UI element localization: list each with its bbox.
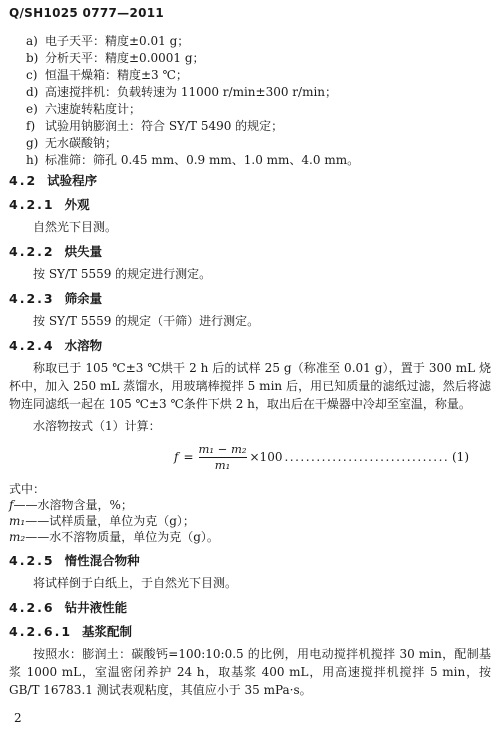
list-item-text: 标准筛：筛孔 0.45 mm、0.9 mm、1.0 mm、4.0 mm。 xyxy=(45,152,491,169)
list-item-text: 分析天平：精度±0.0001 g； xyxy=(45,50,491,67)
formula-symbol: f xyxy=(174,450,178,464)
section-heading-4-2-2: 4.2.2 烘失量 xyxy=(9,244,491,260)
definition-m1: m₁——试样质量，单位为克（g）； xyxy=(9,513,491,529)
list-item-g: g)无水碳酸钠； xyxy=(9,135,491,152)
list-item-h: h)标准筛：筛孔 0.45 mm、0.9 mm、1.0 mm、4.0 mm。 xyxy=(9,152,491,169)
formula-intro: 水溶物按式（1）计算： xyxy=(9,417,491,435)
list-item-text: 无水碳酸钠； xyxy=(45,135,491,152)
where-label: 式中： xyxy=(9,481,491,497)
section-heading-4-2-3: 4.2.3 筛余量 xyxy=(9,291,491,307)
definition-f: f——水溶物含量，%； xyxy=(9,497,491,513)
list-item-label: a) xyxy=(26,33,45,50)
formula-fraction: m₁ − m₂ m₁ xyxy=(199,442,247,473)
list-item-d: d)高速搅拌机：负载转速为 11000 r/min±300 r/min； xyxy=(9,84,491,101)
section-heading-4-2-6-1: 4.2.6.1 基浆配制 xyxy=(9,624,491,640)
section-heading-4-2-5: 4.2.5 惰性混合物种 xyxy=(9,553,491,569)
list-item-label: f) xyxy=(26,118,45,135)
section-number: 4.2.1 xyxy=(9,197,55,213)
section-title: 惰性混合物种 xyxy=(65,553,140,569)
equals-sign: = xyxy=(183,450,193,464)
definition-text: ——水不溶物质量，单位为克（g）。 xyxy=(25,530,219,544)
section-heading-4-2: 4.2 试验程序 xyxy=(9,173,491,189)
list-item-label: h) xyxy=(26,152,45,169)
list-item-label: d) xyxy=(26,84,45,101)
list-item-text: 恒温干燥箱：精度±3 ℃； xyxy=(45,67,491,84)
section-title: 水溶物 xyxy=(65,338,103,354)
section-body-4-2-3: 按 SY/T 5559 的规定（干筛）进行测定。 xyxy=(9,312,491,330)
fraction-denominator: m₁ xyxy=(199,457,247,473)
section-body-4-2-2: 按 SY/T 5559 的规定进行测定。 xyxy=(9,265,491,283)
list-item-b: b)分析天平：精度±0.0001 g； xyxy=(9,50,491,67)
list-item-a: a)电子天平：精度±0.01 g； xyxy=(9,33,491,50)
formula-factor: ×100 xyxy=(250,450,283,464)
definition-symbol: m₁ xyxy=(9,514,25,528)
section-number: 4.2.6 xyxy=(9,600,55,616)
page-number: 2 xyxy=(14,711,22,725)
list-item-text: 六速旋转粘度计； xyxy=(45,101,491,118)
list-item-label: e) xyxy=(26,101,45,118)
list-item-label: g) xyxy=(26,135,45,152)
section-number: 4.2 xyxy=(9,173,37,189)
dotted-leader: ........................................… xyxy=(284,450,448,464)
section-title: 烘失量 xyxy=(65,244,103,260)
definition-text: ——试样质量，单位为克（g）； xyxy=(25,514,195,528)
section-number: 4.2.4 xyxy=(9,338,55,354)
section-heading-4-2-1: 4.2.1 外观 xyxy=(9,197,491,213)
section-title: 试验程序 xyxy=(47,173,97,189)
list-item-text: 试验用钠膨润土：符合 SY/T 5490 的规定； xyxy=(45,118,491,135)
equation-number: (1) xyxy=(452,450,469,464)
definition-text: ——水溶物含量，%； xyxy=(13,498,132,512)
list-item-c: c)恒温干燥箱：精度±3 ℃； xyxy=(9,67,491,84)
section-body-4-2-4: 称取已于 105 ℃±3 ℃烘干 2 h 后的试样 25 g（称准至 0.01 … xyxy=(9,359,491,413)
standard-code-header: Q/SH1025 0777—2011 xyxy=(9,6,491,21)
section-number: 4.2.3 xyxy=(9,291,55,307)
list-item-f: f)试验用钠膨润土：符合 SY/T 5490 的规定； xyxy=(9,118,491,135)
section-body-4-2-5: 将试样倒于白纸上，于自然光下目测。 xyxy=(9,574,491,592)
section-body-4-2-1: 自然光下目测。 xyxy=(9,218,491,236)
definition-m2: m₂——水不溶物质量，单位为克（g）。 xyxy=(9,529,491,545)
section-body-4-2-6-1: 按照水：膨润土：碳酸钙=100:10:0.5 的比例，用电动搅拌机搅拌 30 m… xyxy=(9,645,491,699)
formula-1: f = m₁ − m₂ m₁ ×100 ....................… xyxy=(9,437,491,477)
list-item-text: 高速搅拌机：负载转速为 11000 r/min±300 r/min； xyxy=(45,84,491,101)
fraction-numerator: m₁ − m₂ xyxy=(199,442,247,457)
section-title: 外观 xyxy=(65,197,90,213)
section-title: 基浆配制 xyxy=(82,624,132,640)
list-item-label: b) xyxy=(26,50,45,67)
equipment-list: a)电子天平：精度±0.01 g； b)分析天平：精度±0.0001 g； c)… xyxy=(9,33,491,169)
section-title: 筛余量 xyxy=(65,291,103,307)
section-number: 4.2.2 xyxy=(9,244,55,260)
section-number: 4.2.6.1 xyxy=(9,624,72,640)
definition-symbol: m₂ xyxy=(9,530,25,544)
section-title: 钻井液性能 xyxy=(65,600,128,616)
list-item-label: c) xyxy=(26,67,45,84)
list-item-e: e)六速旋转粘度计； xyxy=(9,101,491,118)
section-number: 4.2.5 xyxy=(9,553,55,569)
section-heading-4-2-6: 4.2.6 钻井液性能 xyxy=(9,600,491,616)
document-page: Q/SH1025 0777—2011 a)电子天平：精度±0.01 g； b)分… xyxy=(0,0,500,735)
list-item-text: 电子天平：精度±0.01 g； xyxy=(45,33,491,50)
section-heading-4-2-4: 4.2.4 水溶物 xyxy=(9,338,491,354)
